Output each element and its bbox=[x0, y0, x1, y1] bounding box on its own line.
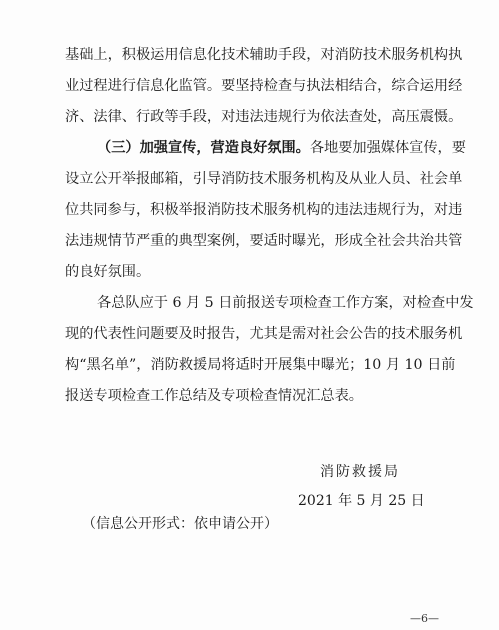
text-line: 法违规情节严重的典型案例，要适时曝光，形成全社会共治共管 bbox=[65, 226, 435, 257]
text-line: 现的代表性问题要及时报告，尤其是需对社会公告的技术服务机 bbox=[65, 319, 435, 350]
document-page: 基础上，积极运用信息化技术辅助手段，对消防技术服务机构执 业过程进行信息化监管。… bbox=[0, 0, 499, 630]
disclosure-note: （信息公开形式：依申请公开） bbox=[82, 513, 278, 533]
section-3-text: 各地要加强媒体宣传，要 bbox=[310, 140, 466, 156]
section-3-heading: （三）加强宣传，营造良好氛围。 bbox=[97, 140, 310, 156]
issue-date: 2021 年 5 月 25 日 bbox=[298, 490, 425, 510]
text-line: 设立公开举报邮箱，引导消防技术服务机构及从业人员、社会单 bbox=[65, 164, 435, 195]
text-line: 业过程进行信息化监管。要坚持检查与执法相结合，综合运用经 bbox=[65, 71, 435, 102]
text-line: 构“黑名单”，消防救援局将适时开展集中曝光；10 月 10 日前 bbox=[65, 350, 435, 381]
document-body: 基础上，积极运用信息化技术辅助手段，对消防技术服务机构执 业过程进行信息化监管。… bbox=[65, 40, 435, 412]
section-3-first-line: （三）加强宣传，营造良好氛围。各地要加强媒体宣传，要 bbox=[65, 133, 435, 164]
text-line: 济、法律、行政等手段，对违法违规行为依法查处，高压震慑。 bbox=[65, 102, 435, 133]
text-line: 的良好氛围。 bbox=[65, 257, 435, 288]
text-line: 报送专项检查工作总结及专项检查情况汇总表。 bbox=[65, 381, 435, 412]
text-line: 位共同参与，积极举报消防技术服务机构的违法违规行为，对违 bbox=[65, 195, 435, 226]
page-number: —6— bbox=[410, 612, 439, 625]
issuer-signature: 消防救援局 bbox=[320, 461, 400, 481]
text-line: 各总队应于 6 月 5 日前报送专项检查工作方案，对检查中发 bbox=[65, 288, 435, 319]
text-line: 基础上，积极运用信息化技术辅助手段，对消防技术服务机构执 bbox=[65, 40, 435, 71]
